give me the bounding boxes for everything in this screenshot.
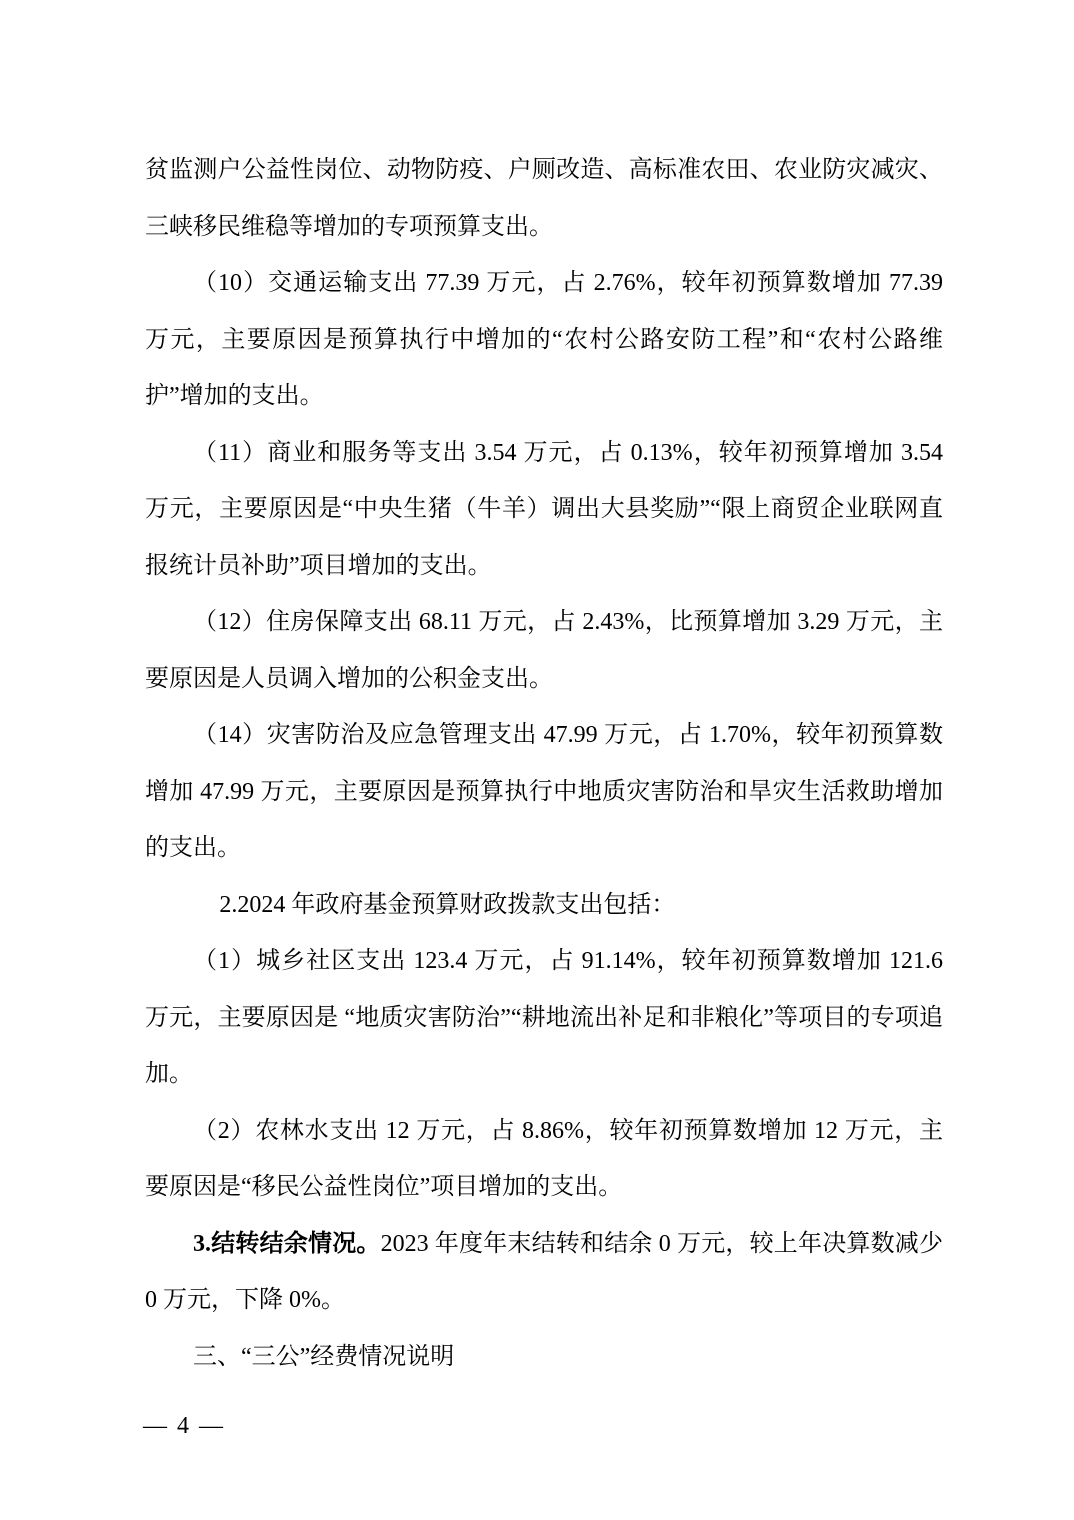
- paragraph-subsection-2-fund-budget: 2.2024 年政府基金预算财政拨款支出包括：: [145, 877, 943, 934]
- paragraph-item-1-urban-rural: （1）城乡社区支出 123.4 万元，占 91.14%，较年初预算数增加 121…: [145, 933, 943, 1103]
- paragraph-item-12-housing: （12）住房保障支出 68.11 万元，占 2.43%，比预算增加 3.29 万…: [145, 594, 943, 707]
- paragraph-item-11-commerce: （11）商业和服务等支出 3.54 万元，占 0.13%，较年初预算增加 3.5…: [145, 425, 943, 595]
- paragraph-subsection-3-carryover: 3.结转结余情况。2023 年度年末结转和结余 0 万元，较上年决算数减少 0 …: [145, 1216, 943, 1329]
- page-number: — 4 —: [143, 1408, 225, 1444]
- document-page: 贫监测户公益性岗位、动物防疫、户厕改造、高标准农田、农业防灾减灾、三峡移民维稳等…: [0, 0, 1074, 1520]
- paragraph-item-14-disaster: （14）灾害防治及应急管理支出 47.99 万元，占 1.70%，较年初预算数增…: [145, 707, 943, 877]
- carryover-heading-bold: 3.结转结余情况。: [193, 1231, 381, 1257]
- paragraph-continuation: 贫监测户公益性岗位、动物防疫、户厕改造、高标准农田、农业防灾减灾、三峡移民维稳等…: [145, 142, 943, 255]
- paragraph-item-2-agriculture-forestry-water: （2）农林水支出 12 万元，占 8.86%，较年初预算数增加 12 万元，主要…: [145, 1103, 943, 1216]
- paragraph-item-10-transport: （10）交通运输支出 77.39 万元，占 2.76%，较年初预算数增加 77.…: [145, 255, 943, 425]
- document-body: 贫监测户公益性岗位、动物防疫、户厕改造、高标准农田、农业防灾减灾、三峡移民维稳等…: [145, 142, 943, 1385]
- section-heading-three-public-expenses: 三、“三公”经费情况说明: [145, 1329, 943, 1386]
